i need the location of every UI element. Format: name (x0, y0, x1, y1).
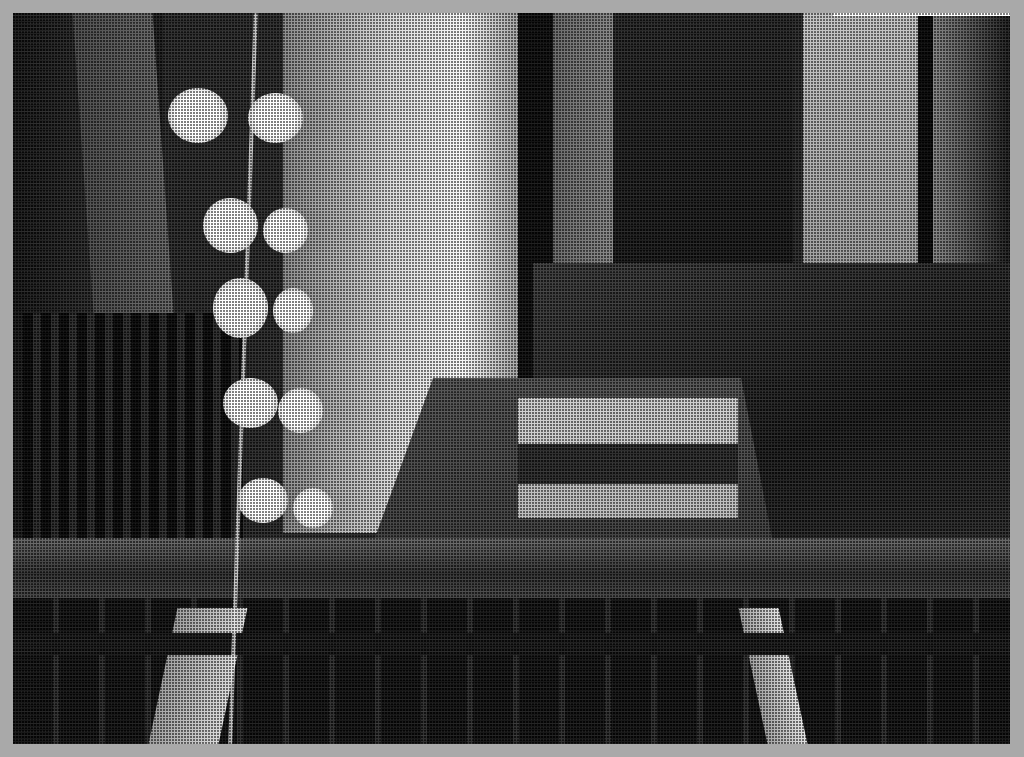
orchid-flower (203, 198, 258, 253)
edge-highlight (833, 13, 1010, 16)
orchid-flower (213, 278, 268, 338)
orchid-flower (168, 88, 228, 143)
book-bottom (518, 484, 738, 518)
orchid-flower (223, 378, 278, 428)
back-room (613, 13, 793, 273)
orchid-flower (273, 288, 313, 333)
railing-top (13, 538, 1010, 598)
orchid-flower (248, 93, 303, 143)
photograph (13, 13, 1010, 744)
orchid-flower (263, 208, 308, 253)
orchid-flower (278, 388, 323, 433)
window (803, 13, 933, 263)
book-top (518, 398, 738, 444)
book-middle (518, 444, 738, 484)
orchid-flower (293, 488, 333, 528)
orchid-flower (238, 478, 288, 523)
chair (23, 313, 243, 543)
railing-bar (13, 633, 1010, 655)
